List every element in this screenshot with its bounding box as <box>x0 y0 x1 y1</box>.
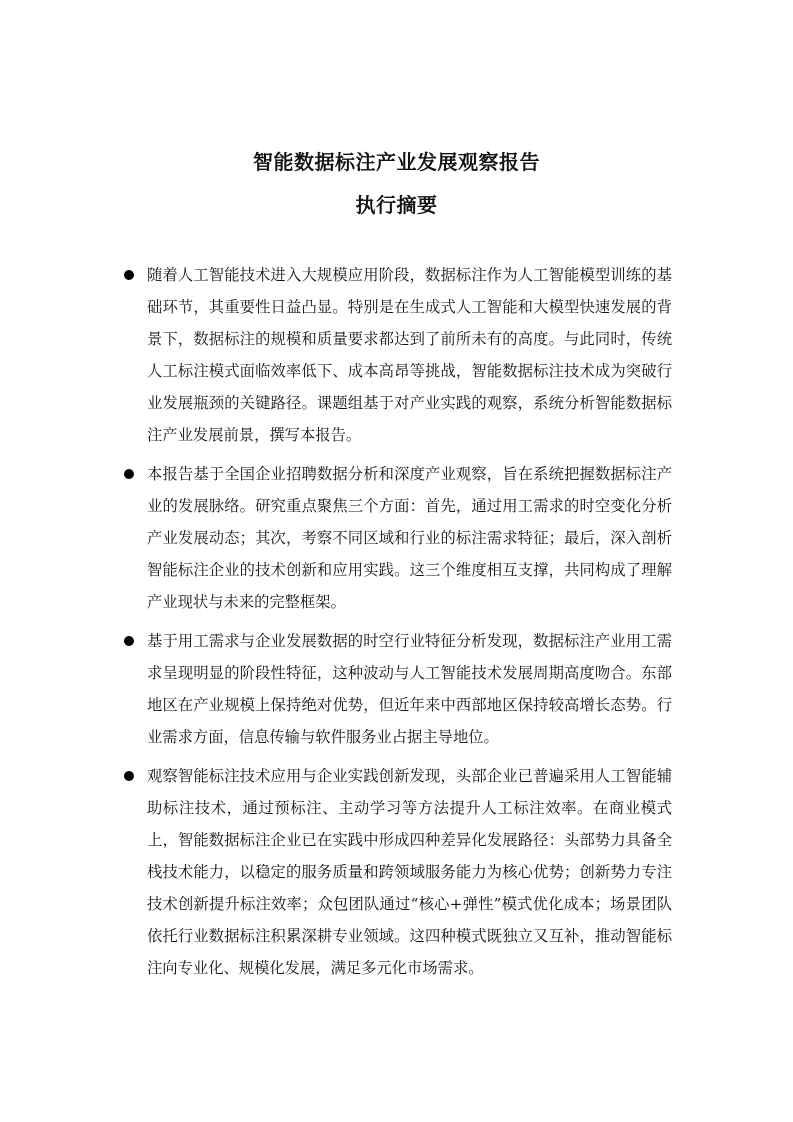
bullet-icon <box>124 771 134 781</box>
summary-text-4: 观察智能标注技术应用与企业实践创新发现，头部企业已普遍采用人工智能辅助标注技术，… <box>147 760 672 984</box>
document-page: 智能数据标注产业发展观察报告 执行摘要 随着人工智能技术进入大规模应用阶段，数据… <box>0 0 793 1122</box>
summary-item-2: 本报告基于全国企业招聘数据分析和深度产业观察，旨在系统把握数据标注产业的发展脉络… <box>120 458 680 618</box>
summary-item-4: 观察智能标注技术应用与企业实践创新发现，头部企业已普遍采用人工智能辅助标注技术，… <box>120 760 680 984</box>
summary-text-1: 随着人工智能技术进入大规模应用阶段，数据标注作为人工智能模型训练的基础环节，其重… <box>147 259 672 451</box>
summary-item-1: 随着人工智能技术进入大规模应用阶段，数据标注作为人工智能模型训练的基础环节，其重… <box>120 259 680 451</box>
bullet-icon <box>124 469 134 479</box>
report-subtitle: 执行摘要 <box>0 189 793 218</box>
summary-text-3: 基于用工需求与企业发展数据的时空行业特征分析发现，数据标注产业用工需求呈现明显的… <box>147 625 672 753</box>
summary-item-3: 基于用工需求与企业发展数据的时空行业特征分析发现，数据标注产业用工需求呈现明显的… <box>120 625 680 753</box>
executive-summary-list: 随着人工智能技术进入大规模应用阶段，数据标注作为人工智能模型训练的基础环节，其重… <box>120 259 680 991</box>
report-title: 智能数据标注产业发展观察报告 <box>0 146 793 175</box>
bullet-icon <box>124 270 134 280</box>
summary-text-2: 本报告基于全国企业招聘数据分析和深度产业观察，旨在系统把握数据标注产业的发展脉络… <box>147 458 672 618</box>
bullet-icon <box>124 636 134 646</box>
